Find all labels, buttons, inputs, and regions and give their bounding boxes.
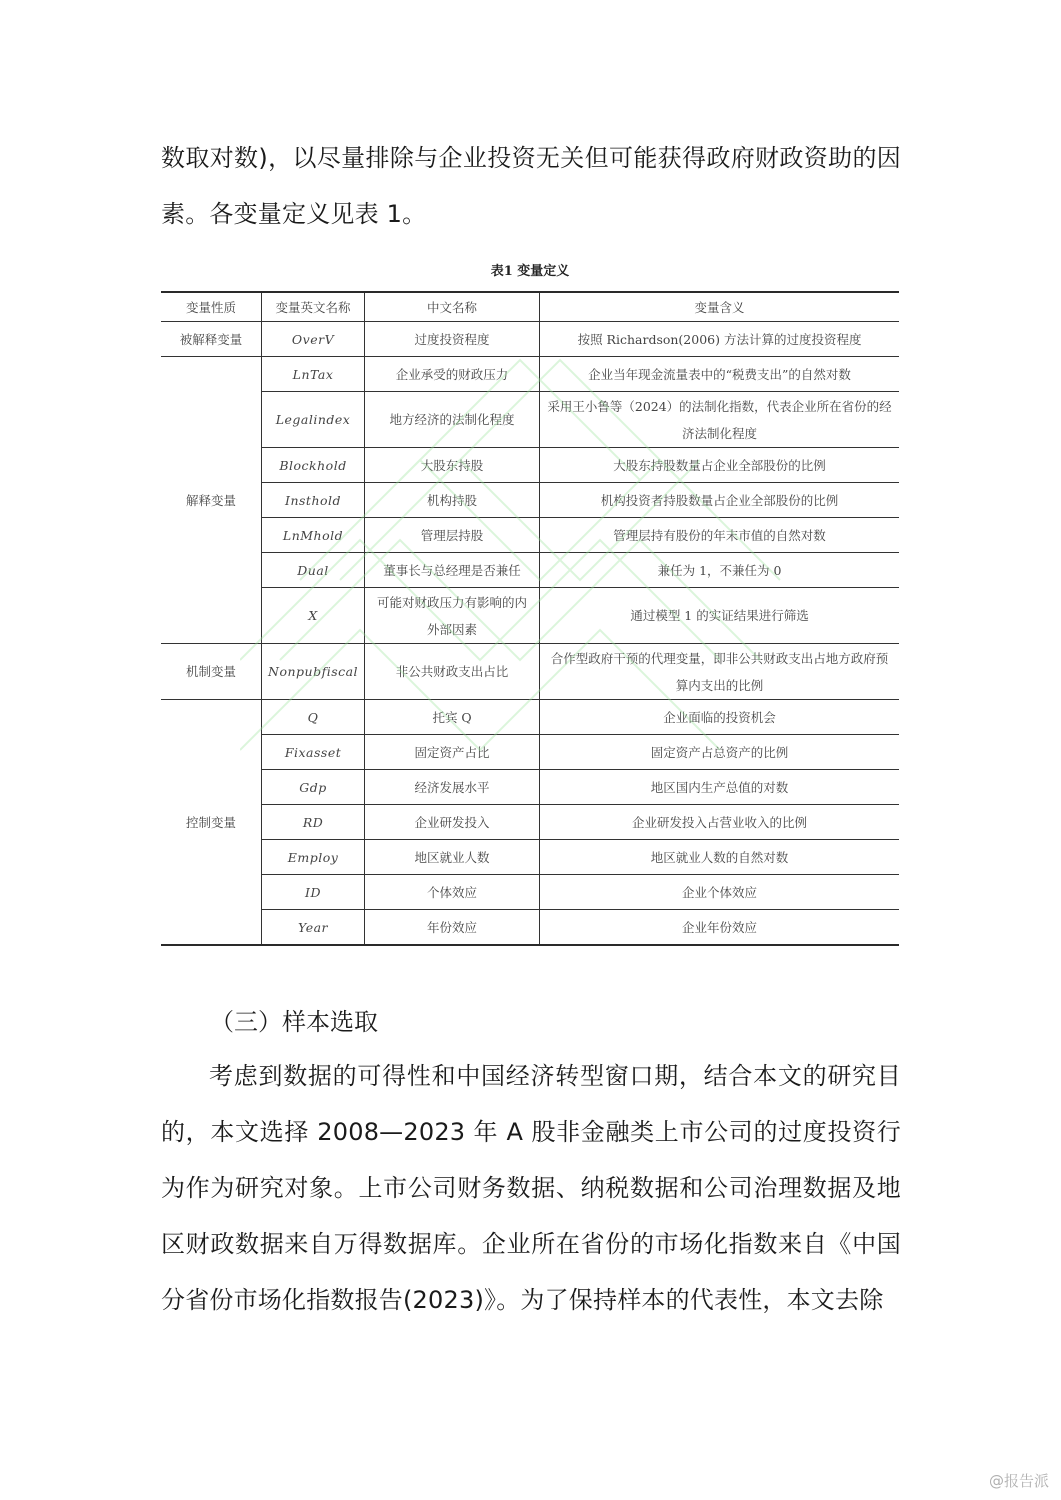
category-cell: 机制变量 — [161, 644, 262, 700]
chinese-name-cell: 年份效应 — [365, 910, 540, 946]
table-row: 控制变量 Q 托宾 Q 企业面临的投资机会 — [161, 700, 899, 735]
table-row: ID 个体效应 企业个体效应 — [161, 875, 899, 910]
table-row: Gdp 经济发展水平 地区国内生产总值的对数 — [161, 770, 899, 805]
chinese-name-cell: 企业研发投入 — [365, 805, 540, 840]
english-name-cell: ID — [262, 875, 365, 910]
chinese-name-cell: 大股东持股 — [365, 448, 540, 483]
english-name-cell: Year — [262, 910, 365, 946]
meaning-cell: 管理层持有股份的年末市值的自然对数 — [540, 518, 899, 553]
table-row: LnMhold 管理层持股 管理层持有股份的年末市值的自然对数 — [161, 518, 899, 553]
english-name-cell: Q — [262, 700, 365, 735]
table-row: Fixasset 固定资产占比 固定资产占总资产的比例 — [161, 735, 899, 770]
chinese-name-cell: 经济发展水平 — [365, 770, 540, 805]
header-variable-meaning: 变量含义 — [540, 292, 899, 322]
chinese-name-cell: 管理层持股 — [365, 518, 540, 553]
table-row: X 可能对财政压力有影响的内外部因素 通过模型 1 的实证结果进行筛选 — [161, 588, 899, 644]
meaning-cell: 大股东持股数量占企业全部股份的比例 — [540, 448, 899, 483]
english-name-cell: Blockhold — [262, 448, 365, 483]
english-name-cell: Legalindex — [262, 392, 365, 448]
chinese-name-cell: 可能对财政压力有影响的内外部因素 — [365, 588, 540, 644]
table-row: RD 企业研发投入 企业研发投入占营业收入的比例 — [161, 805, 899, 840]
meaning-cell: 企业当年现金流量表中的“税费支出”的自然对数 — [540, 357, 899, 392]
header-english-name: 变量英文名称 — [262, 292, 365, 322]
meaning-cell: 机构投资者持股数量占企业全部股份的比例 — [540, 483, 899, 518]
chinese-name-cell: 个体效应 — [365, 875, 540, 910]
meaning-cell: 兼任为 1，不兼任为 0 — [540, 553, 899, 588]
chinese-name-cell: 董事长与总经理是否兼任 — [365, 553, 540, 588]
table-row: 解释变量 LnTax 企业承受的财政压力 企业当年现金流量表中的“税费支出”的自… — [161, 357, 899, 392]
english-name-cell: LnTax — [262, 357, 365, 392]
table-row: 被解释变量 OverV 过度投资程度 按照 Richardson(2006) 方… — [161, 322, 899, 357]
table-row: Employ 地区就业人数 地区就业人数的自然对数 — [161, 840, 899, 875]
body-paragraph: 考虑到数据的可得性和中国经济转型窗口期，结合本文的研究目的，本文选择 2008—… — [161, 1048, 901, 1328]
chinese-name-cell: 地区就业人数 — [365, 840, 540, 875]
chinese-name-cell: 非公共财政支出占比 — [365, 644, 540, 700]
meaning-cell: 地区国内生产总值的对数 — [540, 770, 899, 805]
table-row: Legalindex 地方经济的法制化程度 采用王小鲁等（2024）的法制化指数… — [161, 392, 899, 448]
table-row: Year 年份效应 企业年份效应 — [161, 910, 899, 946]
table-row: 机制变量 Nonpubfiscal 非公共财政支出占比 合作型政府干预的代理变量… — [161, 644, 899, 700]
meaning-cell: 通过模型 1 的实证结果进行筛选 — [540, 588, 899, 644]
chinese-name-cell: 企业承受的财政压力 — [365, 357, 540, 392]
header-variable-type: 变量性质 — [161, 292, 262, 322]
section-heading: （三）样本选取 — [210, 994, 378, 1050]
table-row: Blockhold 大股东持股 大股东持股数量占企业全部股份的比例 — [161, 448, 899, 483]
english-name-cell: RD — [262, 805, 365, 840]
meaning-cell: 地区就业人数的自然对数 — [540, 840, 899, 875]
english-name-cell: Fixasset — [262, 735, 365, 770]
chinese-name-cell: 固定资产占比 — [365, 735, 540, 770]
english-name-cell: Employ — [262, 840, 365, 875]
meaning-cell: 企业年份效应 — [540, 910, 899, 946]
table-row: Insthold 机构持股 机构投资者持股数量占企业全部股份的比例 — [161, 483, 899, 518]
table-header-row: 变量性质 变量英文名称 中文名称 变量含义 — [161, 292, 899, 322]
table-caption: 表1 变量定义 — [161, 260, 899, 279]
english-name-cell: X — [262, 588, 365, 644]
intro-paragraph: 数取对数)，以尽量排除与企业投资无关但可能获得政府财政资助的因素。各变量定义见表… — [161, 130, 901, 242]
chinese-name-cell: 地方经济的法制化程度 — [365, 392, 540, 448]
footer-watermark-logo: @报告派 — [989, 1470, 1049, 1491]
meaning-cell: 按照 Richardson(2006) 方法计算的过度投资程度 — [540, 322, 899, 357]
meaning-cell: 固定资产占总资产的比例 — [540, 735, 899, 770]
chinese-name-cell: 过度投资程度 — [365, 322, 540, 357]
category-cell: 控制变量 — [161, 700, 262, 946]
english-name-cell: OverV — [262, 322, 365, 357]
english-name-cell: Nonpubfiscal — [262, 644, 365, 700]
meaning-cell: 企业研发投入占营业收入的比例 — [540, 805, 899, 840]
category-cell: 被解释变量 — [161, 322, 262, 357]
english-name-cell: Dual — [262, 553, 365, 588]
category-cell: 解释变量 — [161, 357, 262, 644]
meaning-cell: 采用王小鲁等（2024）的法制化指数，代表企业所在省份的经济法制化程度 — [540, 392, 899, 448]
chinese-name-cell: 托宾 Q — [365, 700, 540, 735]
meaning-cell: 合作型政府干预的代理变量，即非公共财政支出占地方政府预算内支出的比例 — [540, 644, 899, 700]
meaning-cell: 企业面临的投资机会 — [540, 700, 899, 735]
variable-definition-table: 变量性质 变量英文名称 中文名称 变量含义 被解释变量 OverV 过度投资程度… — [161, 291, 899, 946]
table-row: Dual 董事长与总经理是否兼任 兼任为 1，不兼任为 0 — [161, 553, 899, 588]
chinese-name-cell: 机构持股 — [365, 483, 540, 518]
english-name-cell: LnMhold — [262, 518, 365, 553]
english-name-cell: Gdp — [262, 770, 365, 805]
english-name-cell: Insthold — [262, 483, 365, 518]
meaning-cell: 企业个体效应 — [540, 875, 899, 910]
header-chinese-name: 中文名称 — [365, 292, 540, 322]
